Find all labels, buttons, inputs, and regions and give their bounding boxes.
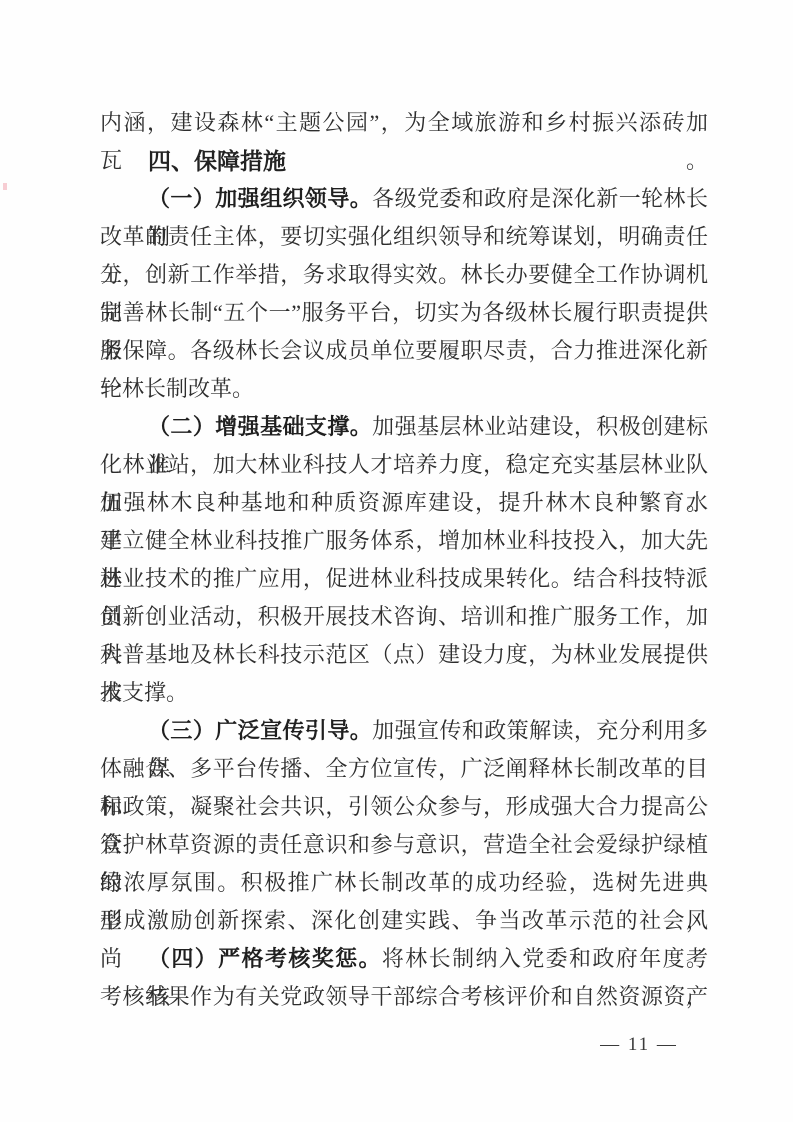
body-line: 完善林长制“五个一”服务平台，切实为各级林长履行职责提供服 — [100, 294, 708, 332]
body-line: 体融合、多平台传播、全方位宣传，广泛阐释林长制改革的目标 — [100, 750, 708, 788]
body-line: 科普基地及林长科技示范区（点）建设力度，为林业发展提供技 — [100, 636, 708, 674]
body-line: 改革的责任主体，要切实强化组织领导和统筹谋划，明确责任分 — [100, 218, 708, 256]
body-line: 形成激励创新探索、深化创建实践、争当改革示范的社会风尚。 — [100, 902, 708, 940]
body-line: 林业技术的推广应用，促进林业科技成果转化。结合科技特派员 — [100, 560, 708, 598]
body-line: （三）广泛宣传引导。加强宣传和政策解读，充分利用多媒 — [100, 712, 708, 750]
body-line: （四）严格考核奖惩。将林长制纳入党委和政府年度考核， — [100, 940, 708, 978]
paragraph-lead: （四）严格考核奖惩。 — [148, 946, 382, 971]
page-number: — 11 — — [569, 1034, 709, 1056]
paragraph-lead: （二）增强基础支撑。 — [148, 414, 372, 439]
paragraph-lead: （一）加强组织领导。 — [148, 186, 372, 211]
body-line: （二）增强基础支撑。加强基层林业站建设，积极创建标准 — [100, 408, 708, 446]
body-line: 建立健全林业科技推广服务体系，增加林业科技投入，加大先进 — [100, 522, 708, 560]
body-line: 化林业站，加大林业科技人才培养力度，稳定充实基层林业队伍。 — [100, 446, 708, 484]
body-line: 和政策，凝聚社会共识，引领公众参与，形成强大合力提高公众 — [100, 788, 708, 826]
paragraph-lead: （三）广泛宣传引导。 — [148, 718, 372, 743]
body-line: 加强林木良种基地和种质资源库建设，提升林木良种繁育水平。 — [100, 484, 708, 522]
body-line: 术支撑。 — [100, 674, 708, 712]
body-line: 考核结果作为有关党政领导干部综合考核评价和自然资源资产 — [100, 978, 708, 1016]
document-body: 内涵，建设森林“主题公园”，为全域旅游和乡村振兴添砖加瓦。四、保障措施（一）加强… — [100, 104, 708, 1016]
body-line: 务保障。各级林长会议成员单位要履职尽责，合力推进深化新一 — [100, 332, 708, 370]
body-line: 创新创业活动，积极开展技术咨询、培训和推广服务工作，加大 — [100, 598, 708, 636]
scan-artifact-speck — [3, 183, 7, 190]
continuation-line: 内涵，建设森林“主题公园”，为全域旅游和乡村振兴添砖加瓦。 — [100, 104, 708, 142]
body-line: 的浓厚氛围。积极推广林长制改革的成功经验，选树先进典型， — [100, 864, 708, 902]
body-line: 管护林草资源的责任意识和参与意识，营造全社会爱绿护绿植绿 — [100, 826, 708, 864]
document-page: 内涵，建设森林“主题公园”，为全域旅游和乡村振兴添砖加瓦。四、保障措施（一）加强… — [0, 0, 793, 1122]
body-line: （一）加强组织领导。各级党委和政府是深化新一轮林长制 — [100, 180, 708, 218]
body-line: 轮林长制改革。 — [100, 370, 708, 408]
body-line: 工，创新工作举措，务求取得实效。林长办要健全工作协调机制， — [100, 256, 708, 294]
